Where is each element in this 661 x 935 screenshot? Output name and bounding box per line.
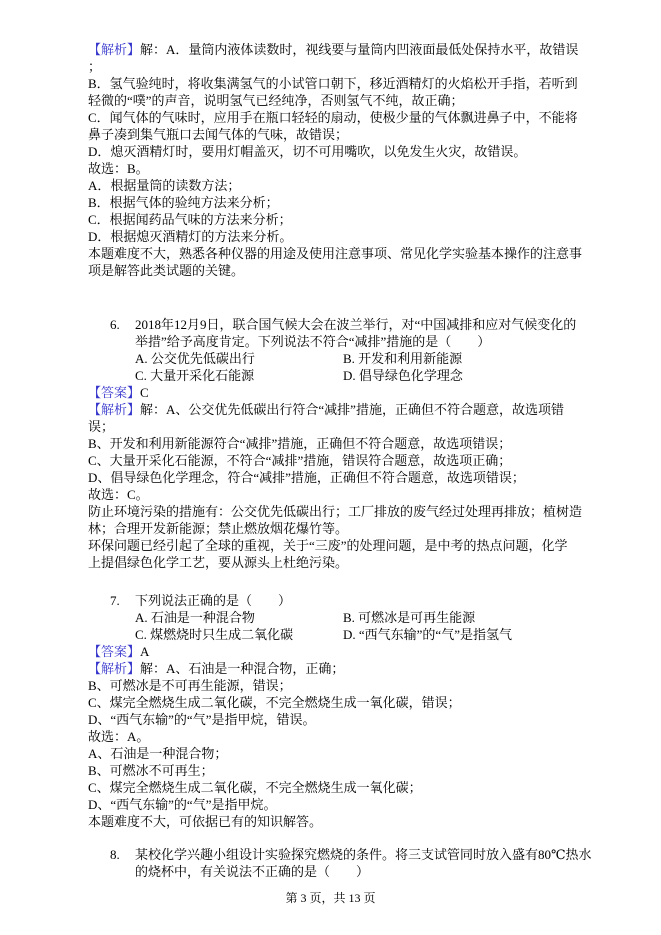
text-line: C．闻气体的气味时，应用手在瓶口轻轻的扇动，使极少量的气体飘进鼻子中，不能将 [88, 109, 588, 126]
analysis-label: 【解析】 [88, 661, 140, 676]
option-a: A. 石油是一种混合物 [135, 609, 255, 626]
answer-label: 【答案】 [88, 644, 140, 659]
question-stem-cont: 的烧杯中，有关说法不正确的是（ ） [88, 863, 588, 880]
analysis-label: 【解析】 [88, 402, 140, 417]
question-6-block: 6.2018年12月9日，联合国气候大会在波兰举行，对“中国减排和应对气候变化的… [88, 316, 588, 571]
text-line: C、煤完全燃烧生成二氧化碳，不完全燃烧生成一氧化碳，错误； [88, 694, 588, 711]
text-line: 轻微的“噗”的声音，说明氢气已经纯净，否则氢气不纯，故正确； [88, 92, 588, 109]
text-line: D．熄灭酒精灯时，要用灯帽盖灭，切不可用嘴吹，以免发生火灾，故错误。 [88, 143, 588, 160]
option-d: D. 倡导绿色化学理念 [343, 367, 463, 384]
text-line: 本题难度不大，熟悉各种仪器的用途及使用注意事项、常见化学实验基本操作的注意事 [88, 245, 588, 262]
text-line: D、“西气东输”的“气”是指甲烷。 [88, 796, 588, 813]
answer-line: 【答案】A [88, 643, 588, 660]
text-line: C、大量开采化石能源，不符合“减排”措施，错误符合题意，故选项正确； [88, 452, 588, 469]
question-number: 6. [110, 316, 120, 333]
text-line: B、可燃冰是不可再生能源，错误； [88, 677, 588, 694]
option-c: C. 大量开采化石能源 [135, 367, 254, 384]
answer-label: 【答案】 [88, 385, 140, 400]
document-page: 【解析】解：A．量筒内液体读数时，视线要与量筒内凹液面最低处保持水平，故错误 ；… [0, 0, 661, 935]
text-line: 防止环境污染的措施有：公交优先低碳出行；工厂排放的废气经过处理再排放；植树造 [88, 503, 588, 520]
question-number: 7. [110, 592, 120, 609]
text-line: 环保问题已经引起了全球的重视，关于“三废”的处理问题，是中考的热点问题，化学 [88, 537, 588, 554]
answer-line: 【答案】C [88, 384, 588, 401]
question-7-block: 7.下列说法正确的是（ ） A. 石油是一种混合物B. 可燃冰是可再生能源 C.… [88, 592, 588, 830]
analysis-label: 【解析】 [88, 42, 140, 57]
text-line: D、倡导绿色化学理念，符合“减排”措施，正确但不符合题意，故选项错误； [88, 469, 588, 486]
question-5-analysis-block: 【解析】解：A．量筒内液体读数时，视线要与量筒内凹液面最低处保持水平，故错误 ；… [88, 41, 588, 279]
question-stem: 7.下列说法正确的是（ ） [88, 592, 588, 609]
option-b: B. 开发和利用新能源 [343, 350, 462, 367]
answer-value: A [140, 644, 149, 659]
question-text: 下列说法正确的是（ ） [135, 592, 291, 609]
text-line: 故选：A。 [88, 728, 588, 745]
option-b: B. 可燃冰是可再生能源 [343, 609, 475, 626]
text-line: C．根据闻药品气味的方法来分析； [88, 211, 588, 228]
text-line: 故选：B。 [88, 160, 588, 177]
text-line: A、石油是一种混合物； [88, 745, 588, 762]
question-stem-cont: 举措”给予高度肯定。下列说法不符合“减排”措施的是（ ） [88, 333, 588, 350]
text-line: 故选：C。 [88, 486, 588, 503]
text-line: 本题难度不大，可依据已有的知识解答。 [88, 813, 588, 830]
options-row: C. 大量开采化石能源D. 倡导绿色化学理念 [88, 367, 588, 384]
text-line: A．根据量筒的读数方法； [88, 177, 588, 194]
answer-value: C [140, 385, 149, 400]
analysis-intro-line: 【解析】解：A、石油是一种混合物，正确； [88, 660, 588, 677]
question-stem: 8.某校化学兴趣小组设计实验探究燃烧的条件。将三支试管同时放入盛有80℃热水 [88, 846, 588, 863]
options-row: A. 石油是一种混合物B. 可燃冰是可再生能源 [88, 609, 588, 626]
question-number: 8. [110, 846, 120, 863]
options-row: C. 煤燃烧时只生成二氧化碳D. “西气东输”的“气”是指氢气 [88, 626, 588, 643]
analysis-intro-line: 【解析】解：A、公交优先低碳出行符合“减排”措施，正确但不符合题意，故选项错 [88, 401, 588, 418]
analysis-intro-text: 解：A、石油是一种混合物，正确； [140, 661, 344, 676]
text-line: B．氢气验纯时，将收集满氢气的小试管口朝下，移近酒精灯的火焰松开手指，若听到 [88, 75, 588, 92]
text-line: D、“西气东输”的“气”是指甲烷，错误。 [88, 711, 588, 728]
text-line: 鼻子凑到集气瓶口去闻气体的气味，故错误； [88, 126, 588, 143]
analysis-intro-line: 【解析】解：A．量筒内液体读数时，视线要与量筒内凹液面最低处保持水平，故错误 [88, 41, 588, 58]
question-text: 2018年12月9日，联合国气候大会在波兰举行，对“中国减排和应对气候变化的 [135, 316, 576, 333]
text-line: ； [88, 58, 588, 75]
option-c: C. 煤燃烧时只生成二氧化碳 [135, 626, 293, 643]
question-text: 某校化学兴趣小组设计实验探究燃烧的条件。将三支试管同时放入盛有80℃热水 [135, 846, 592, 863]
text-line: 上提倡绿色化学工艺，要从源头上杜绝污染。 [88, 554, 588, 571]
question-stem: 6.2018年12月9日，联合国气候大会在波兰举行，对“中国减排和应对气候变化的 [88, 316, 588, 333]
question-8-block: 8.某校化学兴趣小组设计实验探究燃烧的条件。将三支试管同时放入盛有80℃热水 的… [88, 846, 588, 880]
text-line: B、开发和利用新能源符合“减排”措施，正确但不符合题意，故选项错误； [88, 435, 588, 452]
text-line: 误； [88, 418, 588, 435]
option-d: D. “西气东输”的“气”是指氢气 [343, 626, 512, 643]
page-footer: 第 3 页，共 13 页 [0, 891, 661, 906]
option-a: A. 公交优先低碳出行 [135, 350, 255, 367]
analysis-intro-text: 解：A．量筒内液体读数时，视线要与量筒内凹液面最低处保持水平，故错误 [140, 42, 578, 57]
text-line: D．根据熄灭酒精灯的方法来分析。 [88, 228, 588, 245]
analysis-intro-text: 解：A、公交优先低碳出行符合“减排”措施，正确但不符合题意，故选项错 [140, 402, 564, 417]
text-line: B、可燃冰不可再生； [88, 762, 588, 779]
text-line: 林；合理开发新能源；禁止燃放烟花爆竹等。 [88, 520, 588, 537]
text-line: 项是解答此类试题的关键。 [88, 262, 588, 279]
text-line: C、煤完全燃烧生成二氧化碳，不完全燃烧生成一氧化碳； [88, 779, 588, 796]
options-row: A. 公交优先低碳出行B. 开发和利用新能源 [88, 350, 588, 367]
text-line: B．根据气体的验纯方法来分析； [88, 194, 588, 211]
